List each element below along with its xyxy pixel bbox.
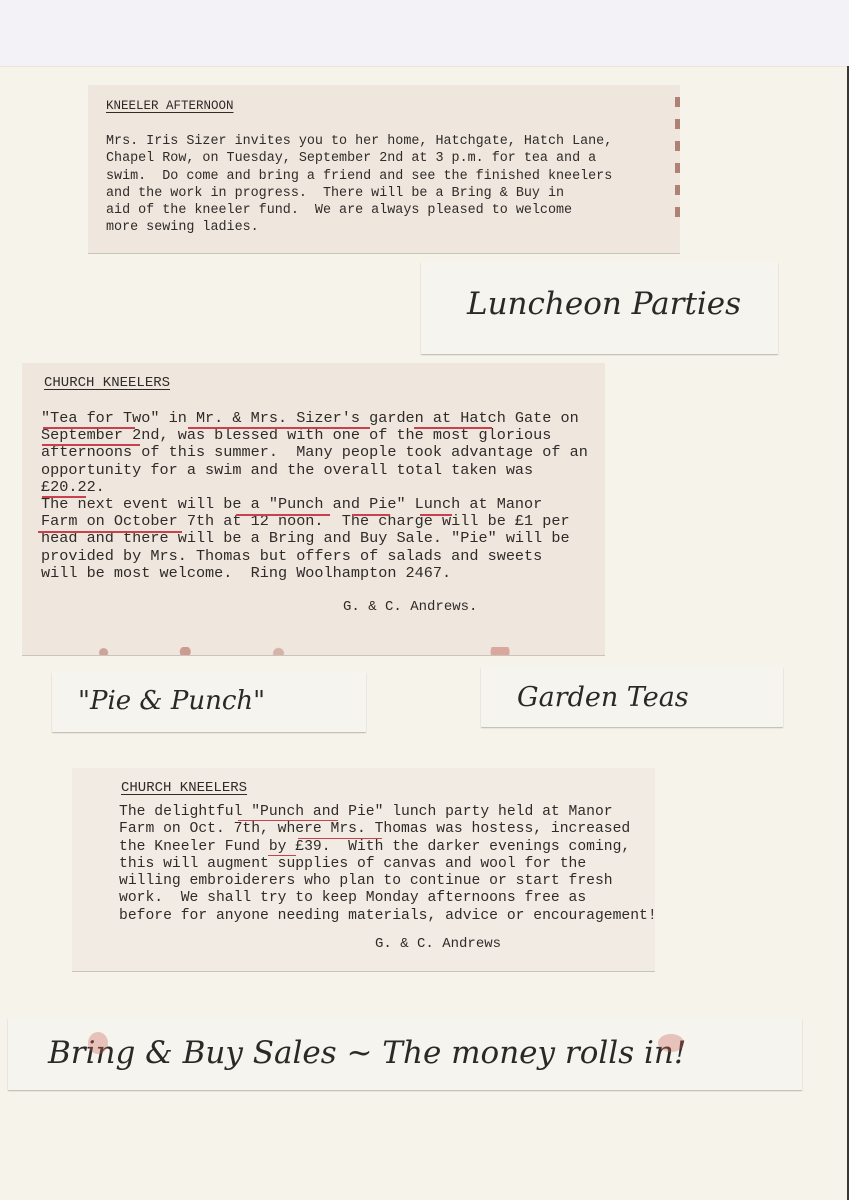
clipping-heading: CHURCH KNEELERS [121,780,247,796]
caption-text: Bring & Buy Sales ~ The money rolls in! [48,1035,686,1071]
red-underline [298,838,382,839]
caption-text: Garden Teas [517,682,689,713]
signature: G. & C. Andrews [375,936,501,952]
caption-bring-and-buy: Bring & Buy Sales ~ The money rolls in! [8,1018,802,1090]
body-line: work. We shall try to keep Monday aftern… [119,890,657,907]
body-line: aid of the kneeler fund. We are always p… [106,202,612,219]
red-underline [38,531,182,533]
red-underline [42,496,86,498]
body-line: September 2nd, was blessed with one of t… [41,427,588,444]
caption-pie-and-punch: "Pie & Punch" [52,672,366,732]
stain [658,1034,684,1052]
caption-garden-teas: Garden Teas [481,667,783,727]
body-line: swim. Do come and bring a friend and see… [106,168,612,185]
body-line: The next event will be a "Punch and Pie"… [41,496,588,513]
red-underline [238,820,338,821]
body-line: before for anyone needing materials, adv… [119,908,657,925]
body-line: Farm on Oct. 7th, where Mrs. Thomas was … [119,821,657,838]
body-line: The delightful "Punch and Pie" lunch par… [119,804,657,821]
caption-luncheon-parties: Luncheon Parties [421,262,778,354]
body-line: this will augment supplies of canvas and… [119,856,657,873]
clipping-church-kneelers-1: CHURCH KNEELERS "Tea for Two" in Mr. & M… [22,363,605,655]
body-line: willing embroiderers who plan to continu… [119,873,657,890]
red-underline [414,427,492,429]
body-line: head and there will be a Bring and Buy S… [41,530,588,547]
clipping-church-kneelers-2: CHURCH KNEELERS The delightful "Punch an… [72,768,655,971]
body-line: opportunity for a swim and the overall t… [41,462,588,479]
clipping-body: Mrs. Iris Sizer invites you to her home,… [106,133,612,237]
body-line: more sewing ladies. [106,219,612,236]
body-line: Mrs. Iris Sizer invites you to her home,… [106,133,612,150]
body-line: £20.22. [41,479,588,496]
body-line: afternoons of this summer. Many people t… [41,444,588,461]
stain [22,647,605,655]
clipping-heading: CHURCH KNEELERS [44,375,170,391]
body-line: the Kneeler Fund by £39. With the darker… [119,839,657,856]
body-line: "Tea for Two" in Mr. & Mrs. Sizer's gard… [41,410,588,427]
red-underline [188,427,370,429]
stain [88,1032,108,1054]
body-line: will be most welcome. Ring Woolhampton 2… [41,565,588,582]
clipping-heading: KNEELER AFTERNOON [106,99,234,113]
clipping-kneeler-afternoon: KNEELER AFTERNOON Mrs. Iris Sizer invite… [88,85,680,253]
clipping-body: "Tea for Two" in Mr. & Mrs. Sizer's gard… [41,410,588,582]
caption-text: "Pie & Punch" [78,686,265,716]
red-underline [42,444,140,446]
red-underline [268,855,296,856]
stain [675,97,680,227]
body-line: and the work in progress. There will be … [106,185,612,202]
body-line: Chapel Row, on Tuesday, September 2nd at… [106,150,612,167]
red-underline [352,514,390,516]
body-line: provided by Mrs. Thomas but offers of sa… [41,548,588,565]
red-underline [43,427,135,429]
signature: G. & C. Andrews. [343,599,477,615]
caption-text: Luncheon Parties [467,286,741,322]
clipping-body: The delightful "Punch and Pie" lunch par… [119,804,657,925]
red-underline [236,514,330,516]
red-underline [420,514,452,516]
